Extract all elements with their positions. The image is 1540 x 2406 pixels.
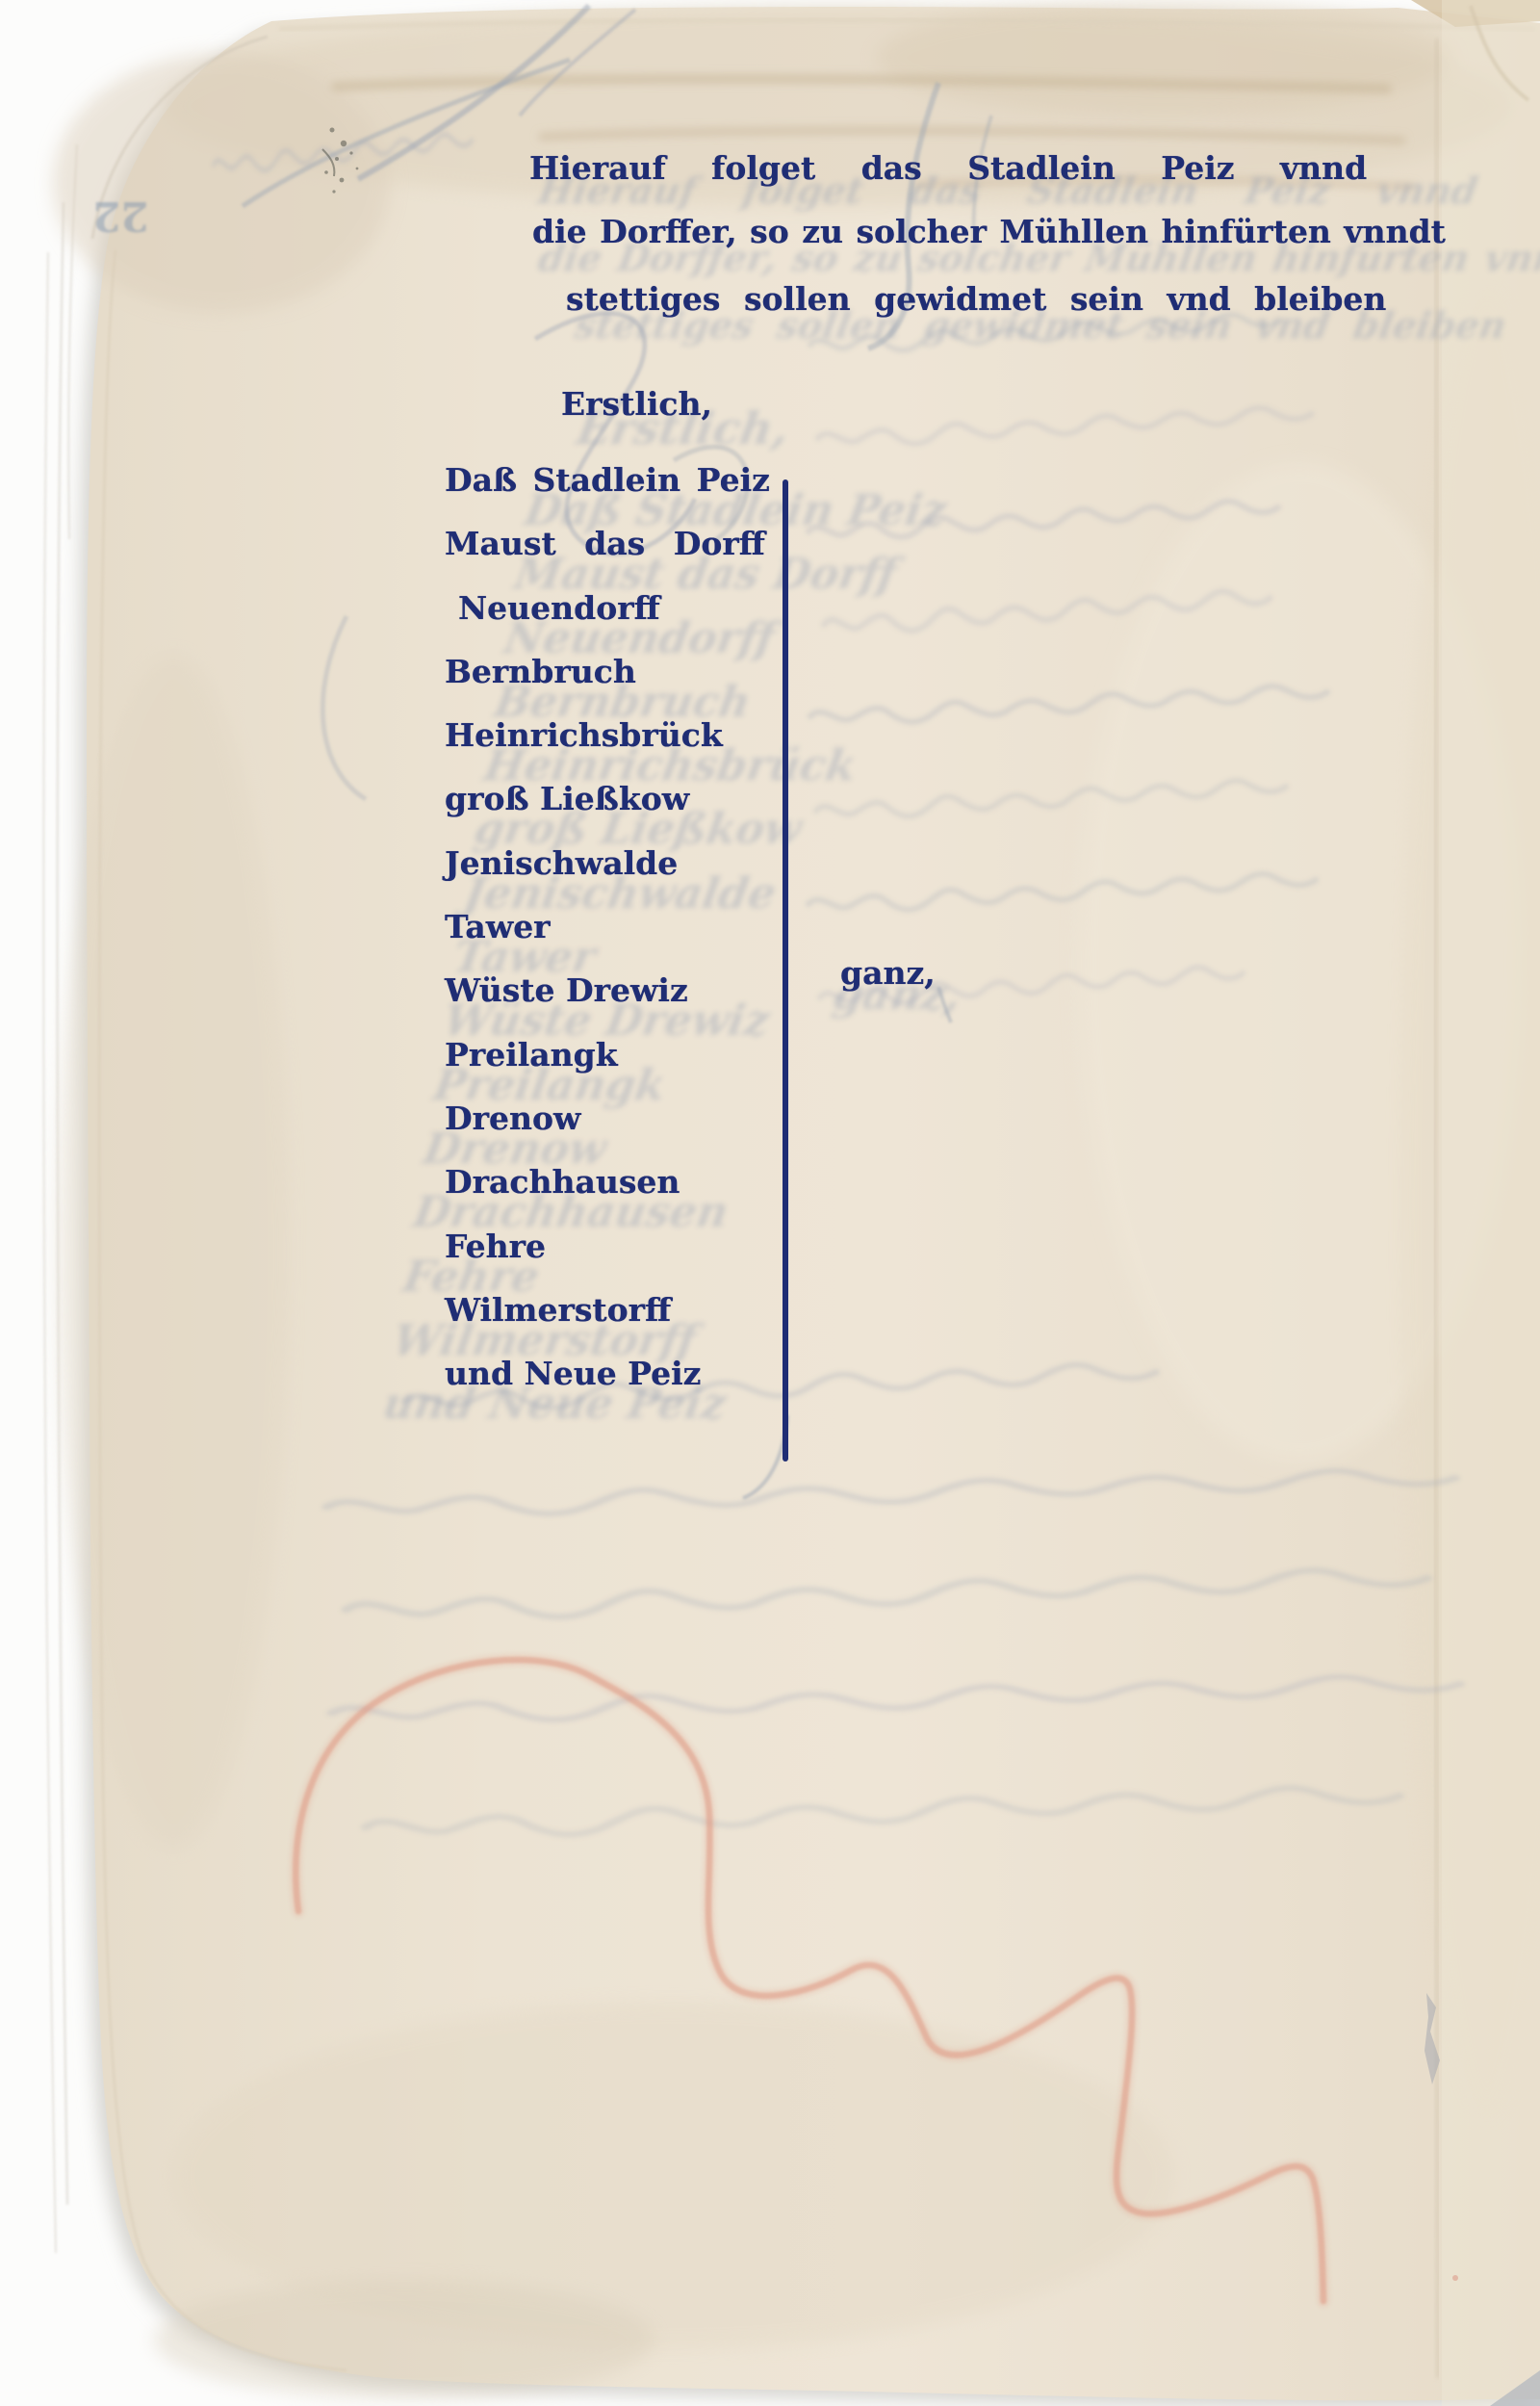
page-background (0, 0, 1540, 2406)
manuscript-scan: 22 Hierauf folget das Stadlein Peiz vnnd… (0, 0, 1540, 2406)
edge-highlight-band (1442, 0, 1540, 2406)
